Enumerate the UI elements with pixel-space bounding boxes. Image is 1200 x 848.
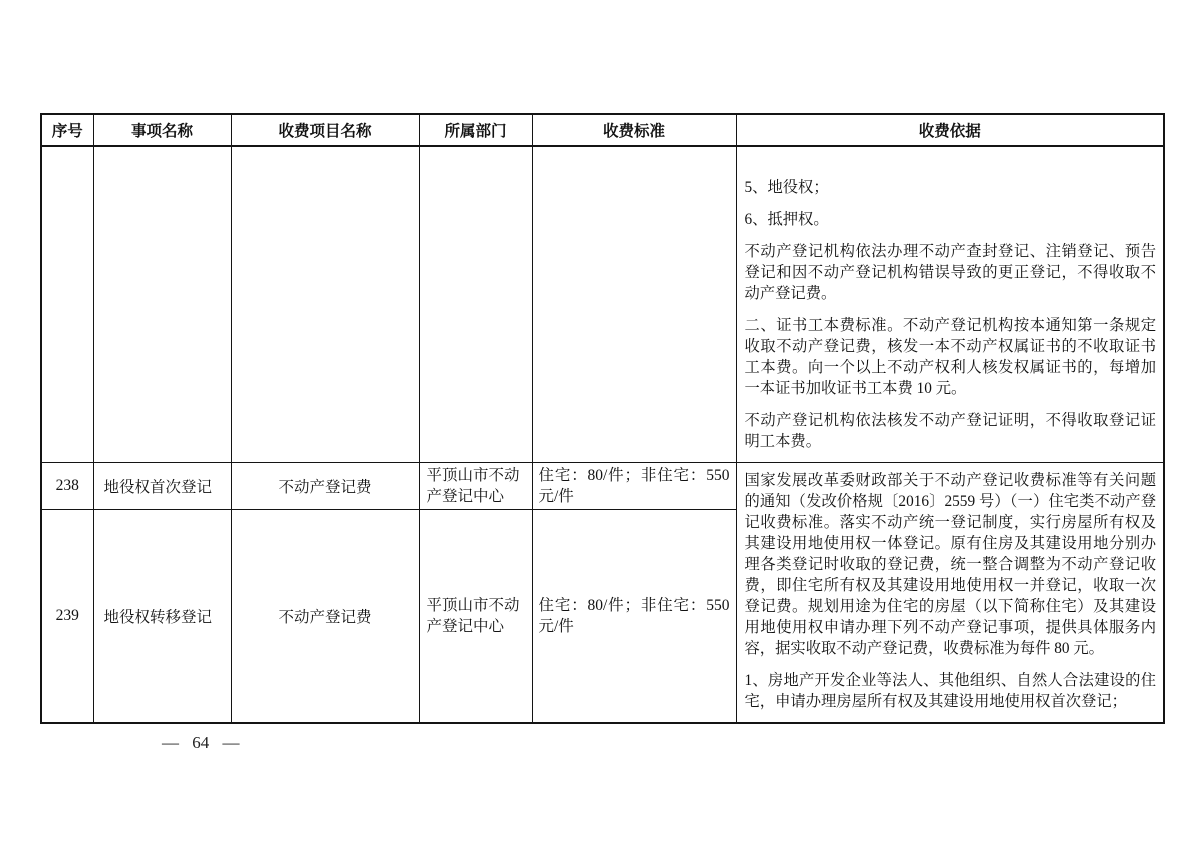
table-row-238: 238 地役权首次登记 不动产登记费 平顶山市不动产登记中心 住宅：80/件；非… [41,462,1164,509]
row-238-standard: 住宅：80/件；非住宅：550 元/件 [532,462,736,509]
row-238-item-name: 地役权首次登记 [93,462,231,509]
continuation-standard-cell [532,146,736,462]
header-fee-item-name: 收费项目名称 [231,114,419,146]
continuation-department-cell [419,146,532,462]
continuation-seq-cell [41,146,93,462]
continuation-row: 5、地役权； 6、抵押权。 不动产登记机构依法办理不动产查封登记、注销登记、预告… [41,146,1164,462]
basis-paragraph: 5、地役权； [745,177,1157,198]
basis-paragraph: 6、抵押权。 [745,209,1157,230]
continuation-fee-item-cell [231,146,419,462]
header-row: 序号 事项名称 收费项目名称 所属部门 收费标准 收费依据 [41,114,1164,146]
basis-paragraph: 不动产登记机构依法办理不动产查封登记、注销登记、预告登记和因不动产登记机构错误导… [745,241,1157,304]
header-seq: 序号 [41,114,93,146]
basis-paragraph: 二、证书工本费标准。不动产登记机构按本通知第一条规定收取不动产登记费，核发一本不… [745,315,1157,399]
row-239-seq: 239 [41,509,93,723]
row-239-department: 平顶山市不动产登记中心 [419,509,532,723]
row-238-department: 平顶山市不动产登记中心 [419,462,532,509]
header-department: 所属部门 [419,114,532,146]
header-item-name: 事项名称 [93,114,231,146]
row-239-fee-item: 不动产登记费 [231,509,419,723]
continuation-basis-cell: 5、地役权； 6、抵押权。 不动产登记机构依法办理不动产查封登记、注销登记、预告… [736,146,1164,462]
header-fee-standard: 收费标准 [532,114,736,146]
header-fee-basis: 收费依据 [736,114,1164,146]
row-239-standard: 住宅：80/件；非住宅：550 元/件 [532,509,736,723]
row-239-item-name: 地役权转移登记 [93,509,231,723]
page-number: — 64 — [162,733,240,753]
basis-paragraph: 不动产登记机构依法核发不动产登记证明，不得收取登记证明工本费。 [745,410,1157,452]
basis-paragraph: 1、房地产开发企业等法人、其他组织、自然人合法建设的住宅，申请办理房屋所有权及其… [745,670,1157,712]
merged-basis-cell: 国家发展改革委财政部关于不动产登记收费标准等有关问题的通知（发改价格规〔2016… [736,462,1164,723]
basis-paragraph: 国家发展改革委财政部关于不动产登记收费标准等有关问题的通知（发改价格规〔2016… [745,470,1157,659]
row-238-fee-item: 不动产登记费 [231,462,419,509]
fee-schedule-table: 序号 事项名称 收费项目名称 所属部门 收费标准 收费依据 5、地役权； 6、抵… [40,113,1165,724]
row-238-seq: 238 [41,462,93,509]
continuation-item-cell [93,146,231,462]
document-page: 序号 事项名称 收费项目名称 所属部门 收费标准 收费依据 5、地役权； 6、抵… [0,0,1200,848]
